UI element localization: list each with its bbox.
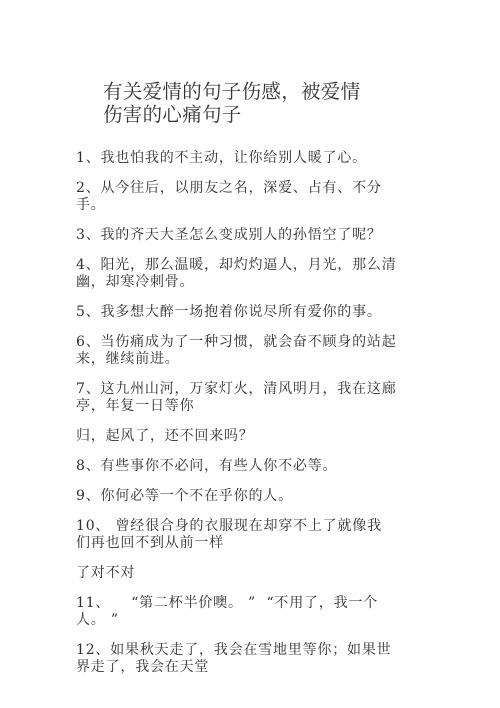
text-line: 来，继续前进。	[76, 351, 376, 368]
title-line: 伤害的心痛句子	[103, 103, 363, 126]
text-line: 幽，却寒冷刺骨。	[76, 274, 376, 291]
text-line: 了对不对	[76, 565, 376, 582]
paragraph-7-continued: 归，起风了，还不回来吗？	[76, 428, 376, 445]
text-line: 2、从今往后，以朋友之名，深爱、占有、不分	[76, 180, 376, 197]
text-line: 9、你何必等一个不在乎你的人。	[76, 488, 376, 505]
text-line: 1、我也怕我的不主动，让你给别人暖了心。	[76, 150, 376, 167]
text-line: 手。	[76, 197, 376, 214]
paragraph-2: 2、从今往后，以朋友之名，深爱、占有、不分 手。	[76, 180, 376, 214]
paragraph-10: 10、 曾经很合身的衣服现在却穿不上了就像我 们再也回不到从前一样	[76, 518, 376, 552]
paragraph-12: 12、如果秋天走了，我会在雪地里等你；如果世 界走了，我会在天堂	[76, 642, 376, 676]
text-line: 们再也回不到从前一样	[76, 535, 376, 552]
paragraph-9: 9、你何必等一个不在乎你的人。	[76, 488, 376, 505]
paragraph-1: 1、我也怕我的不主动，让你给别人暖了心。	[76, 150, 376, 167]
text-line: 10、 曾经很合身的衣服现在却穿不上了就像我	[76, 518, 376, 535]
text-line: 5、我多想大醉一场抱着你说尽所有爱你的事。	[76, 304, 376, 321]
text-line: 人。 ”	[76, 612, 376, 629]
text-line: 4、阳光，那么温暖，却灼灼逼人，月光，那么清	[76, 257, 376, 274]
document-title: 有关爱情的句子伤感，被爱情 伤害的心痛句子	[103, 80, 363, 126]
paragraph-11: 11、 “第二杯半价噢。 ” “不用了，我一个 人。 ”	[76, 595, 376, 629]
text-line: 7、这九州山河，万家灯火，清风明月，我在这廊	[76, 381, 376, 398]
text-line: 12、如果秋天走了，我会在雪地里等你；如果世	[76, 642, 376, 659]
title-line: 有关爱情的句子伤感，被爱情	[103, 80, 363, 103]
text-line: 6、当伤痛成为了一种习惯，就会奋不顾身的站起	[76, 334, 376, 351]
paragraph-4: 4、阳光，那么温暖，却灼灼逼人，月光，那么清 幽，却寒冷刺骨。	[76, 257, 376, 291]
paragraph-7: 7、这九州山河，万家灯火，清风明月，我在这廊 亭，年复一日等你	[76, 381, 376, 415]
document-page: 有关爱情的句子伤感，被爱情 伤害的心痛句子 1、我也怕我的不主动，让你给别人暖了…	[0, 0, 500, 708]
text-line: 11、 “第二杯半价噢。 ” “不用了，我一个	[76, 595, 376, 612]
text-line: 归，起风了，还不回来吗？	[76, 428, 376, 445]
text-line: 8、有些事你不必问，有些人你不必等。	[76, 458, 376, 475]
document-body: 1、我也怕我的不主动，让你给别人暖了心。 2、从今往后，以朋友之名，深爱、占有、…	[76, 150, 376, 689]
paragraph-8: 8、有些事你不必问，有些人你不必等。	[76, 458, 376, 475]
paragraph-3: 3、我的齐天大圣怎么变成别人的孙悟空了呢？	[76, 227, 376, 244]
text-line: 界走了，我会在天堂	[76, 659, 376, 676]
paragraph-6: 6、当伤痛成为了一种习惯，就会奋不顾身的站起 来，继续前进。	[76, 334, 376, 368]
text-line: 3、我的齐天大圣怎么变成别人的孙悟空了呢？	[76, 227, 376, 244]
paragraph-5: 5、我多想大醉一场抱着你说尽所有爱你的事。	[76, 304, 376, 321]
paragraph-10-continued: 了对不对	[76, 565, 376, 582]
text-line: 亭，年复一日等你	[76, 398, 376, 415]
